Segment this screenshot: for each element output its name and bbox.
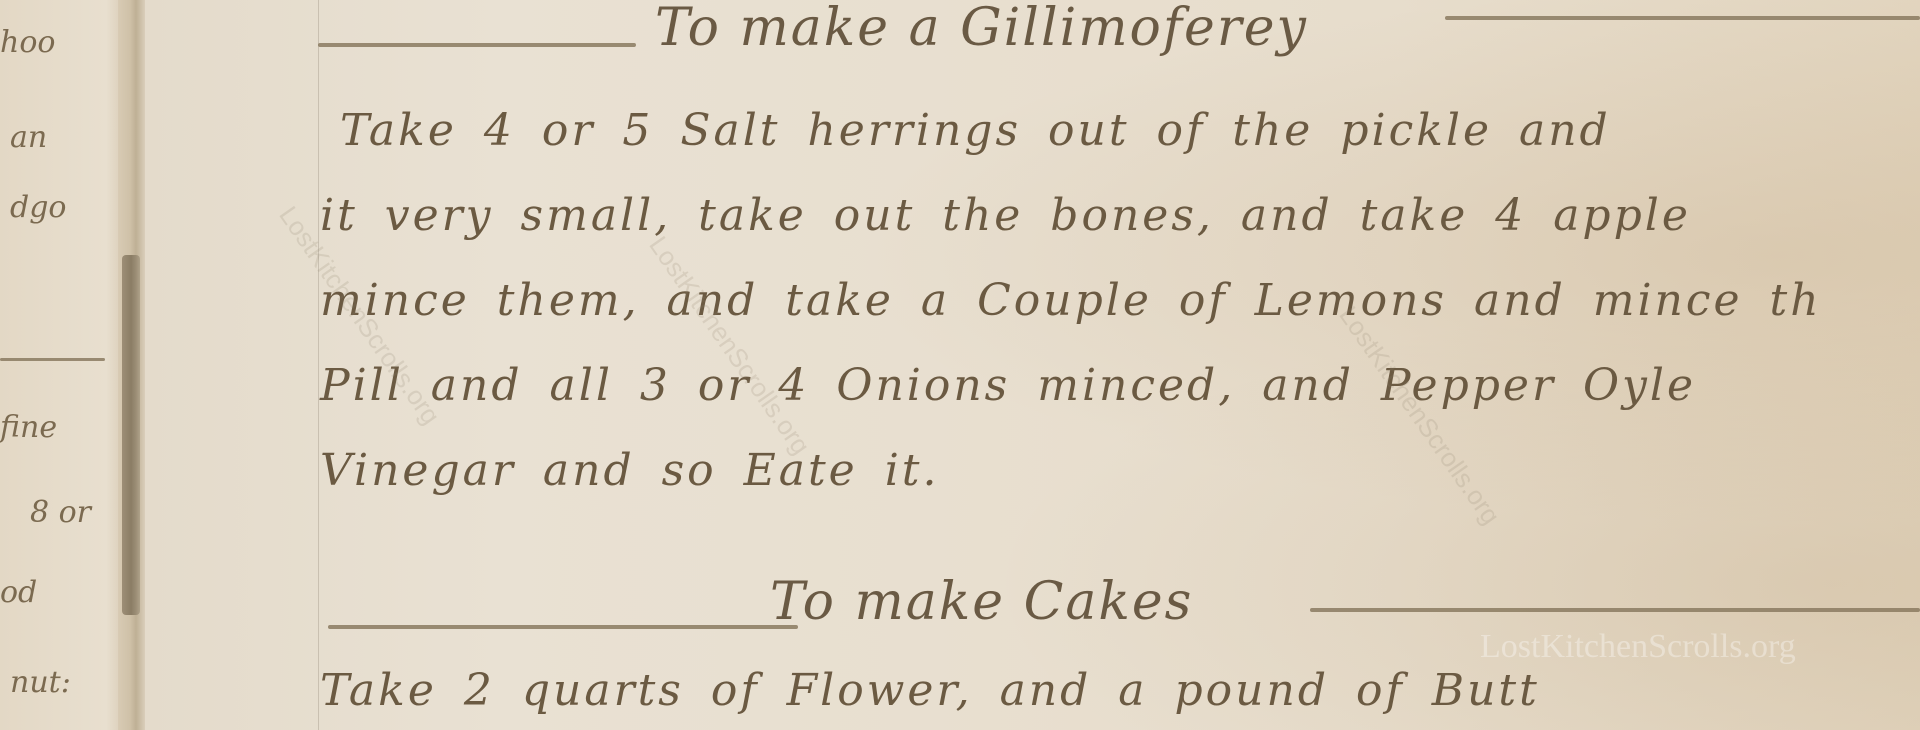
- left-page: hoo an dgo fine 8 or od nut:: [0, 0, 125, 730]
- left-page-fragment: 8 or: [30, 495, 91, 530]
- recipe-line: it very small, take out the bones, and t…: [320, 190, 1691, 241]
- left-page-fragment: an: [10, 120, 47, 155]
- left-page-fragment: dgo: [10, 190, 66, 225]
- recipe-line: mince them, and take a Couple of Lemons …: [320, 275, 1822, 326]
- recipe-heading: To make a Gillimoferey: [655, 0, 1308, 58]
- left-page-fragment: nut:: [10, 665, 71, 700]
- left-page-fragment: fine: [0, 410, 57, 445]
- heading-rule-right: [1445, 16, 1920, 20]
- gutter-shadow: [122, 255, 140, 615]
- left-page-fragment: od: [0, 575, 37, 610]
- left-page-divider: [0, 358, 105, 361]
- left-page-fragment: hoo: [0, 25, 55, 60]
- watermark: LostKitchenScrolls.org: [1480, 628, 1796, 666]
- heading-rule-left: [318, 43, 636, 47]
- recipe-line: Take 2 quarts of Flower, and a pound of …: [320, 665, 1540, 716]
- recipe-line: Take 4 or 5 Salt herrings out of the pic…: [340, 105, 1611, 156]
- heading-rule-right: [1310, 608, 1920, 612]
- heading-rule-left: [328, 625, 798, 629]
- recipe-heading: To make Cakes: [770, 572, 1193, 632]
- margin-rule: [318, 0, 319, 730]
- recipe-line: Pill and all 3 or 4 Onions minced, and P…: [320, 360, 1696, 411]
- recipe-line: Vinegar and so Eate it.: [320, 445, 939, 496]
